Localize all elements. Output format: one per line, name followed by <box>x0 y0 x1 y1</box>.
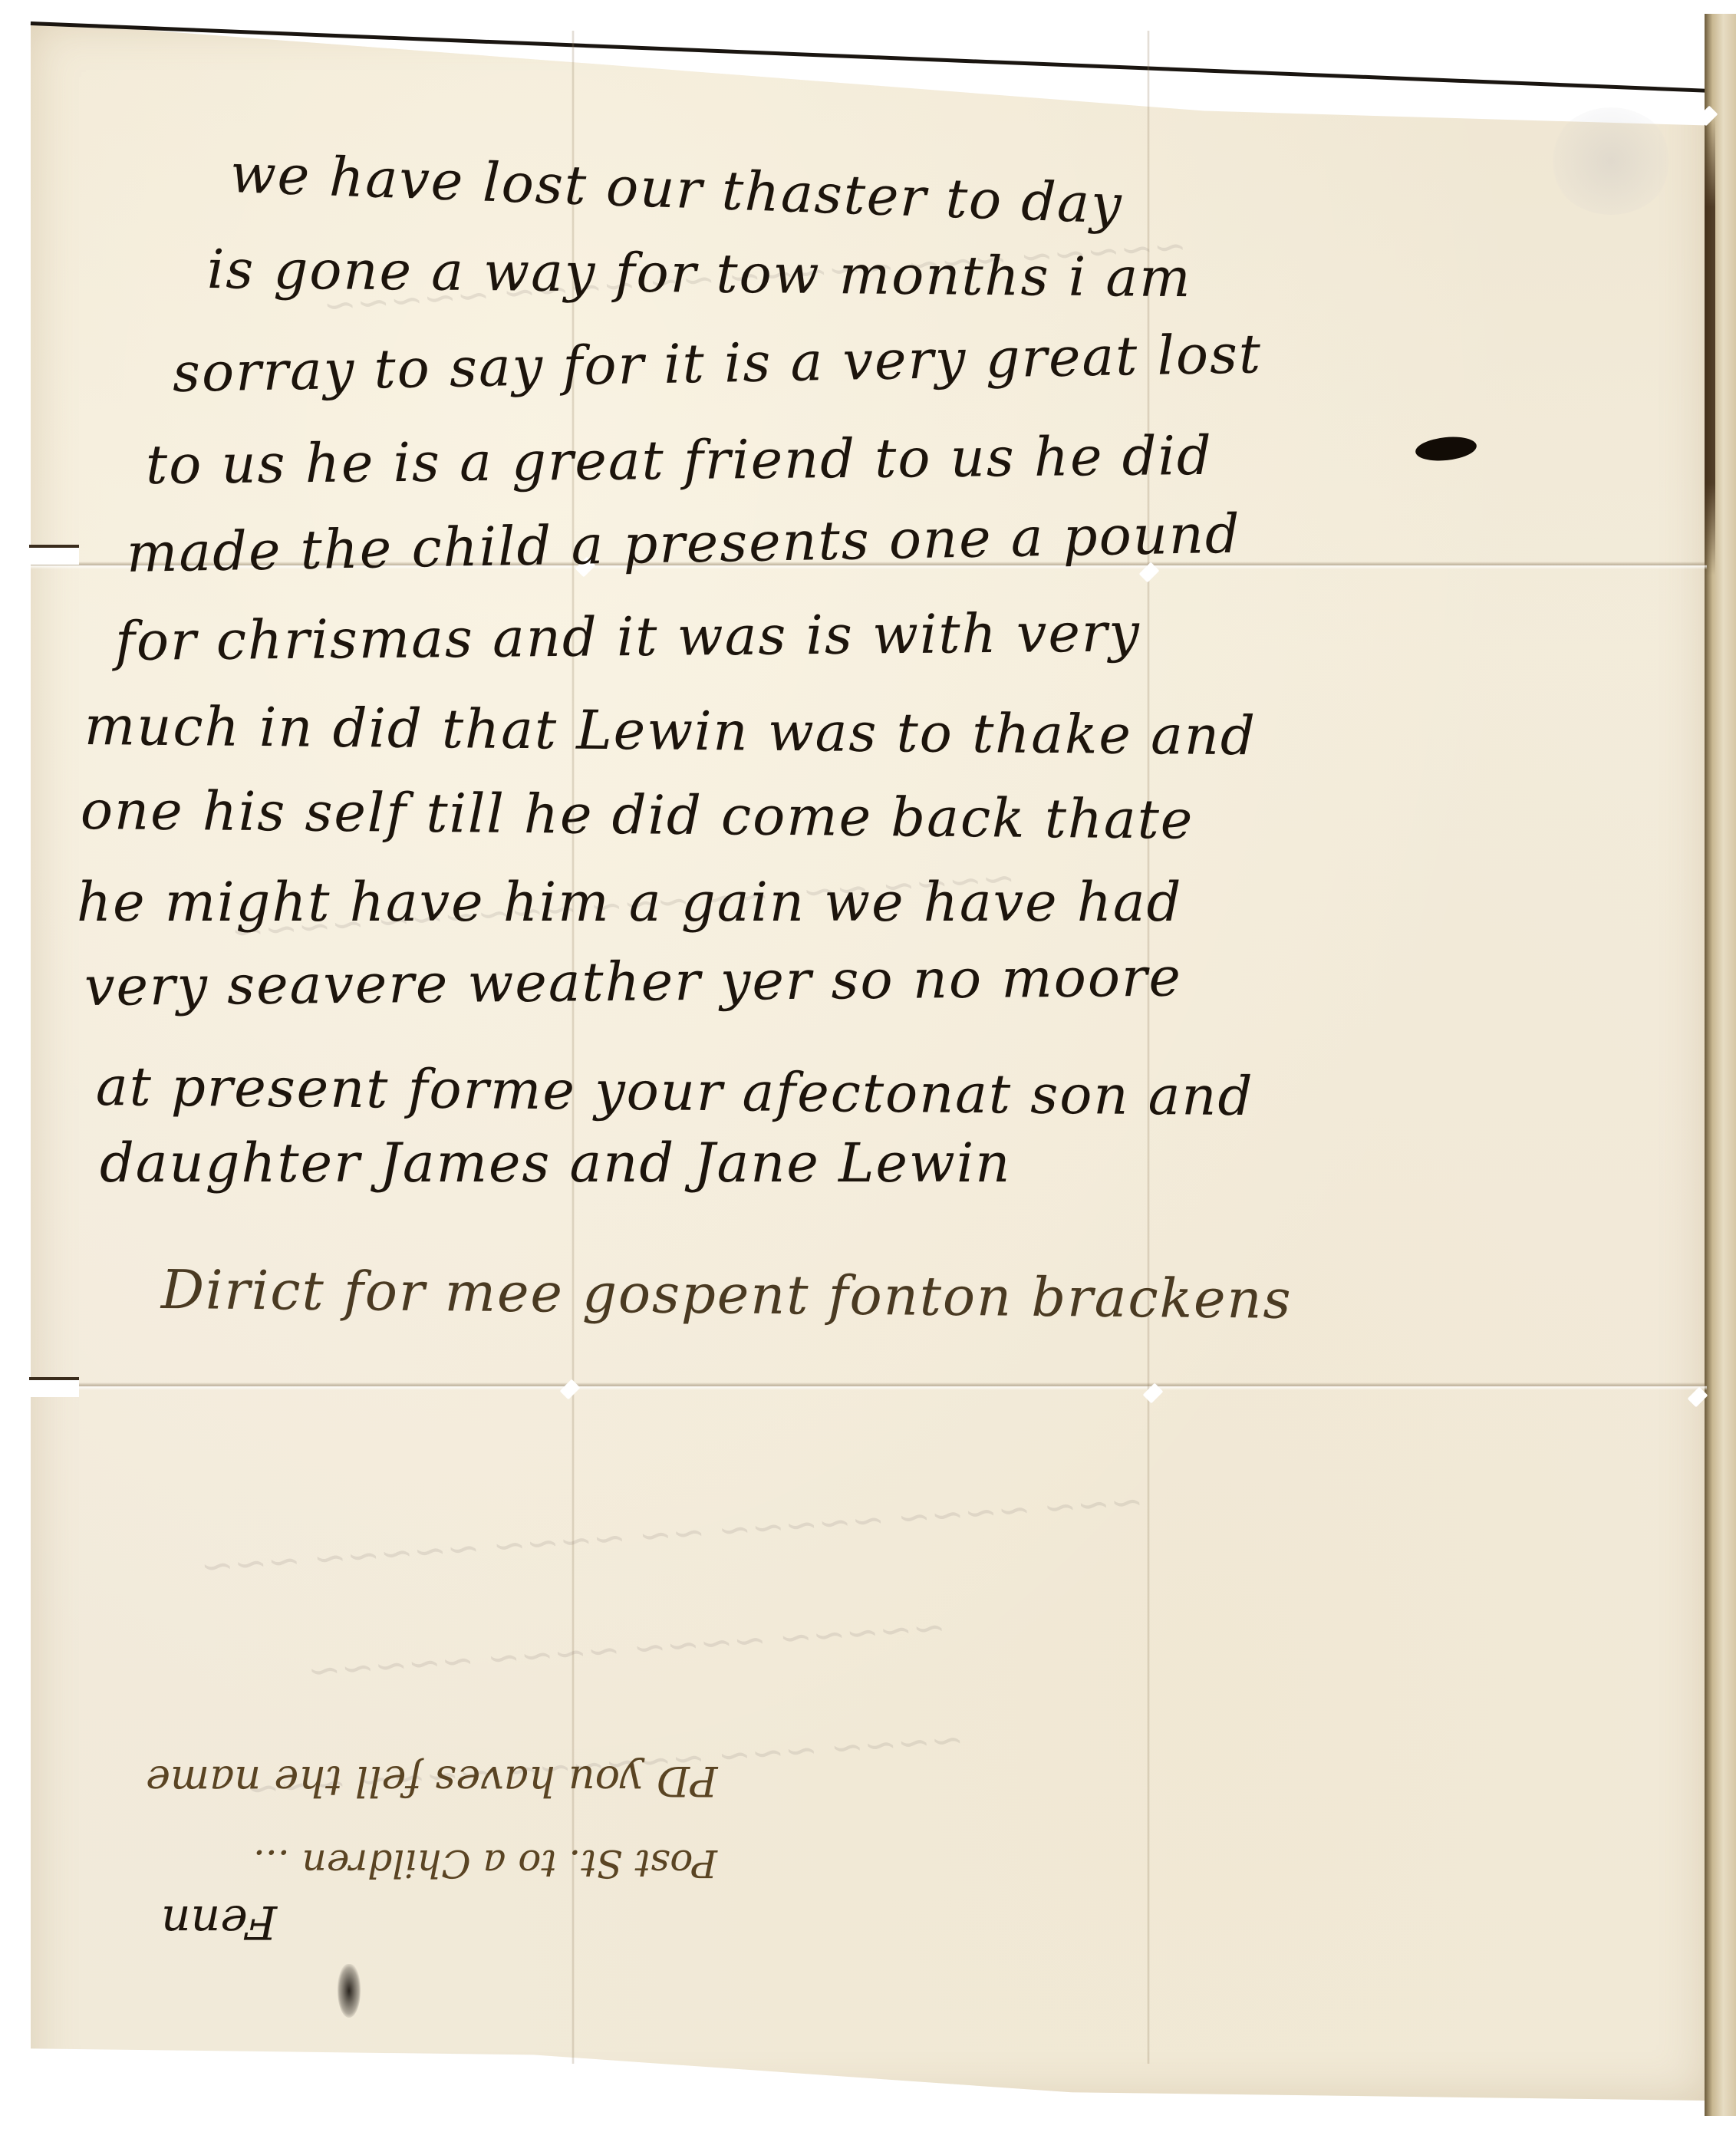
letter-line-12: daughter James and Jane Lewin <box>100 1132 1011 1195</box>
letter-line-6: for chrismas and it was is with very <box>115 601 1141 673</box>
left-edge-tear <box>29 1377 79 1397</box>
letter-line-8: one his self till he did come back thate <box>81 779 1194 852</box>
address-line-1-upside-down: Fenn <box>161 1895 277 1949</box>
letter-line-13-postscript: Dirict for mee gospent fonton brackens <box>161 1258 1293 1331</box>
letter-line-9: he might have him a gain we have had <box>77 871 1182 934</box>
letter-line-7: much in did that Lewin was to thake and <box>84 694 1257 767</box>
horizontal-fold-lower <box>31 1382 1707 1390</box>
letter-line-4: to us he is a great friend to us he did <box>146 424 1213 496</box>
left-edge-tear <box>29 545 79 565</box>
seal-impression <box>1550 107 1672 215</box>
letter-line-11: at present forme your afectonat son and <box>96 1055 1254 1128</box>
address-line-2-upside-down: Post St. to a Children ... <box>253 1841 717 1886</box>
ink-blot <box>338 1964 361 2018</box>
binding-stain <box>1705 115 1715 575</box>
letter-line-2: is gone a way for tow months i am <box>207 238 1192 309</box>
letter-line-10: very seavere weather yer so no moore <box>84 946 1183 1018</box>
address-line-3-upside-down: PD you haves fell the name <box>146 1757 717 1805</box>
